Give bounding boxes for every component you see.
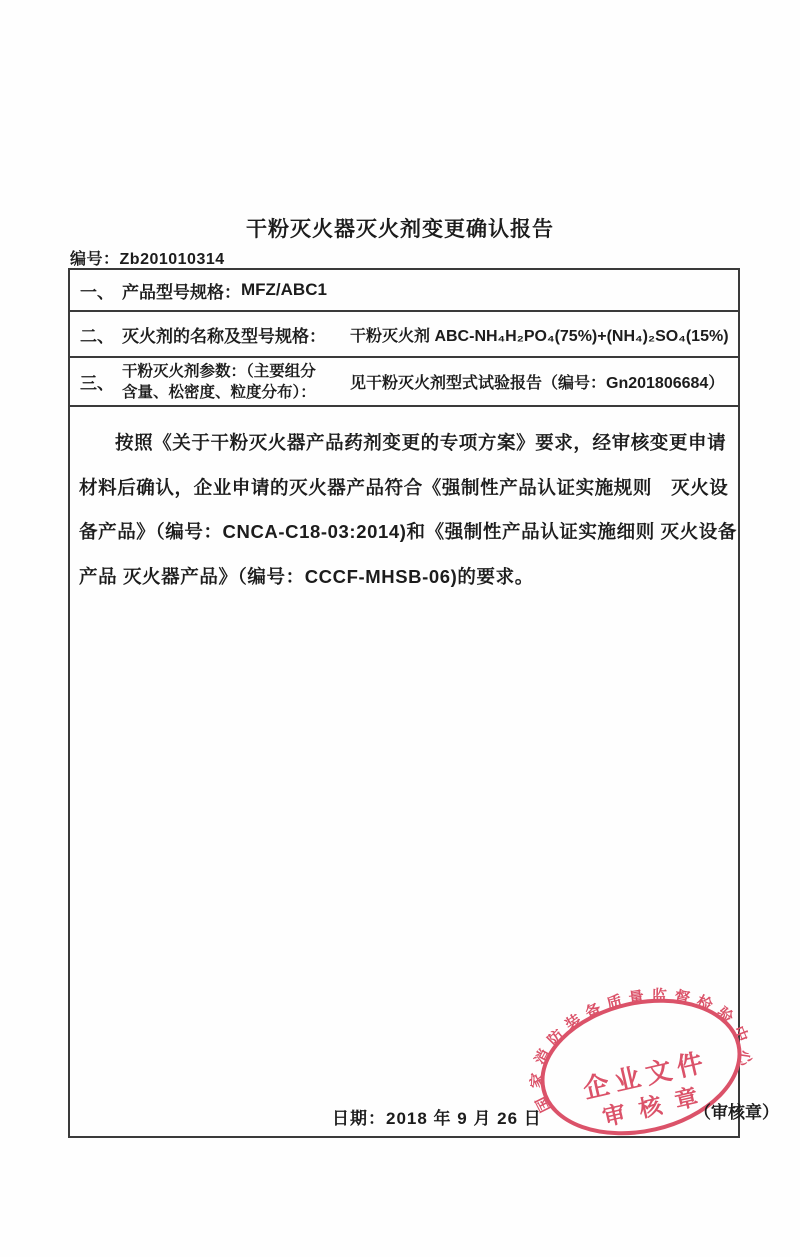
- paragraph-line: 产品 灭火器产品》（编号：CCCF-MHSB-06)的要求。: [79, 555, 729, 600]
- row-value: MFZ/ABC1: [241, 280, 327, 300]
- serial-value: Zb201010314: [120, 251, 225, 268]
- row-label: 产品型号规格：: [122, 278, 241, 303]
- row-value: 干粉灭火剂 ABC-NH₄H₂PO₄(75%)+(NH₄)₂SO₄(15%): [350, 323, 729, 346]
- confirmation-paragraph: 按照《关于干粉灭火器产品药剂变更的专项方案》要求，经审核变更申请 材料后确认，企…: [79, 421, 729, 599]
- row-value: 见干粉灭火剂型式试验报告（编号：Gn201806684）: [350, 370, 724, 393]
- serial-number-line: 编号：Zb201010314: [70, 246, 225, 269]
- table-row-agent-name: 二、 灭火剂的名称及型号规格： 干粉灭火剂 ABC-NH₄H₂PO₄(75%)+…: [70, 312, 738, 358]
- row-label-line1: 干粉灭火剂参数：（主要组分: [122, 361, 350, 382]
- document-title: 干粉灭火器灭火剂变更确认报告: [0, 213, 800, 243]
- table-row-product-model: 一、 产品型号规格： MFZ/ABC1: [70, 270, 738, 312]
- row-number: 一、: [80, 278, 122, 303]
- row-number: 三、: [80, 369, 122, 394]
- row-label-line2: 含量、松密度、粒度分布）：: [122, 382, 350, 403]
- table-row-agent-parameters: 三、 干粉灭火剂参数：（主要组分 含量、松密度、粒度分布）： 见干粉灭火剂型式试…: [70, 358, 738, 407]
- date-line: 日期：2018 年 9 月 26 日: [332, 1104, 542, 1129]
- row-label: 灭火剂的名称及型号规格：: [122, 322, 350, 347]
- paragraph-line: 材料后确认，企业申请的灭火器产品符合《强制性产品认证实施规则 灭火设: [79, 466, 729, 511]
- document-page: 干粉灭火器灭火剂变更确认报告 编号：Zb201010314 一、 产品型号规格：…: [0, 0, 800, 1257]
- paragraph-line: 按照《关于干粉灭火器产品药剂变更的专项方案》要求，经审核变更申请: [79, 421, 729, 466]
- paragraph-line: 备产品》（编号：CNCA-C18-03:2014)和《强制性产品认证实施细则 灭…: [79, 510, 729, 555]
- row-number: 二、: [80, 322, 122, 347]
- serial-label: 编号：: [70, 251, 120, 268]
- row-label: 干粉灭火剂参数：（主要组分 含量、松密度、粒度分布）：: [122, 361, 350, 403]
- stamp-note: （审核章）: [694, 1098, 779, 1123]
